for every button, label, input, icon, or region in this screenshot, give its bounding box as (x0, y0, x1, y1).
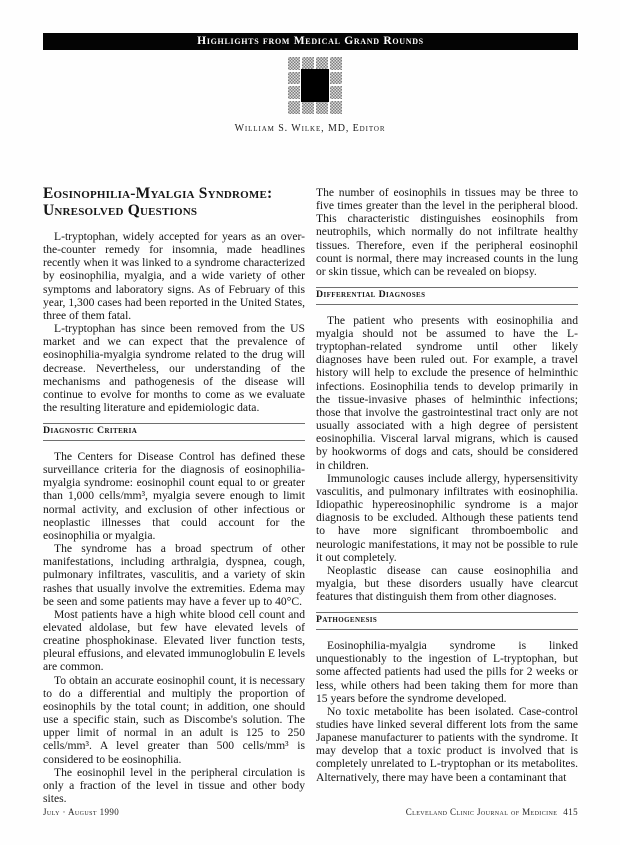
right-column: The number of eosinophils in tissues may… (316, 186, 578, 784)
paragraph: L-tryptophan, widely accepted for years … (43, 230, 305, 322)
paragraph: The eosinophil level in the peripheral c… (43, 766, 305, 805)
article-title-line2: Unresolved Questions (43, 203, 305, 220)
paragraph: Eosinophilia-myalgia syndrome is linked … (316, 639, 578, 705)
logo-center-square (301, 69, 329, 102)
editor-byline: William S. Wilke, MD, Editor (0, 123, 620, 134)
section-heading-pathogenesis: Pathogenesis (316, 612, 578, 630)
article-title-line1: Eosinophilia-Myalgia Syndrome: (43, 186, 305, 203)
journal-page: Highlights from Medical Grand Rounds Wil… (0, 0, 620, 845)
paragraph: Immunologic causes include allergy, hype… (316, 472, 578, 564)
section-banner: Highlights from Medical Grand Rounds (43, 33, 578, 50)
grand-rounds-logo-icon (288, 57, 342, 114)
paragraph: The syndrome has a broad spectrum of oth… (43, 542, 305, 608)
footer-page-number: 415 (563, 807, 578, 817)
section-heading-diagnostic-criteria: Diagnostic Criteria (43, 423, 305, 441)
paragraph: The number of eosinophils in tissues may… (316, 186, 578, 278)
section-heading-differential-diagnoses: Differential Diagnoses (316, 287, 578, 305)
page-footer: July · August 1990 Cleveland Clinic Jour… (43, 807, 578, 817)
left-column: Eosinophilia-Myalgia Syndrome: Unresolve… (43, 186, 305, 805)
paragraph: The Centers for Disease Control has defi… (43, 450, 305, 542)
paragraph: The patient who presents with eosinophil… (316, 314, 578, 472)
footer-journal-block: Cleveland Clinic Journal of Medicine 415 (406, 807, 578, 817)
paragraph: No toxic metabolite has been isolated. C… (316, 705, 578, 784)
paragraph: L-tryptophan has since been removed from… (43, 322, 305, 414)
paragraph: To obtain an accurate eosinophil count, … (43, 674, 305, 766)
footer-journal-name: Cleveland Clinic Journal of Medicine (406, 807, 558, 817)
article-title: Eosinophilia-Myalgia Syndrome: Unresolve… (43, 186, 305, 219)
footer-issue-date: July · August 1990 (43, 807, 119, 817)
banner-title: Highlights from Medical Grand Rounds (197, 35, 424, 48)
paragraph: Neoplastic disease can cause eosinophili… (316, 564, 578, 603)
paragraph: Most patients have a high white blood ce… (43, 608, 305, 674)
